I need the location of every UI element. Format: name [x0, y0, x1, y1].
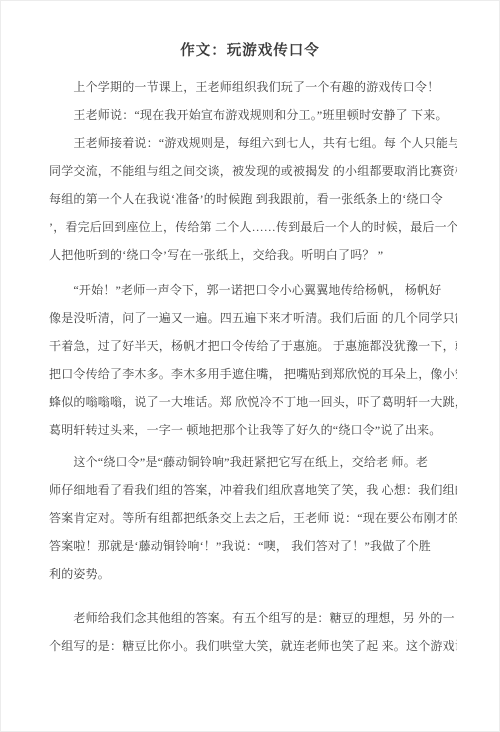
- essay-line: 葛明轩转过头来，一字一 顿地把那个让我等了好久的“绕口令”说了出来。: [49, 416, 457, 444]
- document-page: 作文：玩游戏传口令 上个学期的一节课上，王老师组织我们玩了一个有趣的游戏传口令！…: [0, 0, 500, 732]
- essay-line: 蜂似的嗡嗡嗡，说了一大堆话。郑 欣悦冷不丁地一回头，吓了葛明轩一大跳，: [49, 388, 457, 416]
- essay-paragraph: 王老师说：“现在我开始宣布游戏规则和分工。”班里顿时安静了 下来。: [49, 101, 457, 129]
- essay-paragraph: 老师给我们念其他组的答案。有五个组写的是：糖豆的理想，另 外的一个组写的是：糖豆…: [49, 604, 457, 660]
- essay-paragraph: 王老师接着说：“游戏规则是，每组六到七人，共有七组。每 个人只能与前后同学交流，…: [49, 129, 457, 269]
- essay-line: “开始！”老师一声令下，郭一诺把口令小心翼翼地传给杨帆， 杨帆好: [49, 276, 457, 304]
- essay-title: 作文：玩游戏传口令: [1, 41, 499, 61]
- essay-body: 上个学期的一节课上，王老师组织我们玩了一个有趣的游戏传口令！ 王老师说：“现在我…: [49, 73, 457, 660]
- essay-line: 老师给我们念其他组的答案。有五个组写的是：糖豆的理想，另 外的一: [49, 604, 457, 632]
- essay-line: 像是没听清，问了一遍又一遍。四五遍下来才听清。我们后面 的几个同学只能: [49, 304, 457, 332]
- essay-line: 利的姿势。: [49, 560, 457, 588]
- essay-line: 答案肯定对。等所有组都把纸条交上去之后，王老师 说：“现在要公布刚才的: [49, 504, 457, 532]
- essay-line: 王老师接着说：“游戏规则是，每组六到七人，共有七组。每 个人只能与前后: [49, 129, 457, 157]
- essay-line: 人把他听到的‘绕口令’写在一张纸上，交给我。听明白了吗？ ”: [49, 241, 457, 269]
- essay-line: 干着急，过了好半天，杨帆才把口令传给了于惠施。 于惠施都没犹豫一下，就: [49, 332, 457, 360]
- essay-line: 把口令传给了李木多。李木多用手遮住嘴， 把嘴贴到郑欣悦的耳朵上，像小蜜: [49, 360, 457, 388]
- essay-line: 师仔细地看了看我们组的答案，冲着我们组欣喜地笑了笑，我 心想：我们组的: [49, 476, 457, 504]
- essay-line: 这个“绕口令”是“藤动铜铃响”我赶紧把它写在纸上，交给老 师。老: [49, 448, 457, 476]
- essay-line: ’，看完后回到座位上，传给第 二个人……传到最后一个人的时候，最后一个: [49, 213, 457, 241]
- essay-line: 同学交流，不能组与组之间交谈，被发现的或被揭发 的小组都要取消比赛资格。: [49, 157, 457, 185]
- essay-line: 上个学期的一节课上，王老师组织我们玩了一个有趣的游戏传口令！: [49, 73, 457, 101]
- essay-line: 每组的第一个人在我说‘准备’的时候跑 到我跟前，看一张纸条上的‘绕口令: [49, 185, 457, 213]
- essay-paragraph: 上个学期的一节课上，王老师组织我们玩了一个有趣的游戏传口令！: [49, 73, 457, 101]
- essay-line: 个组写的是：糖豆比你小。我们哄堂大笑，就连老师也笑了起 来。这个游戏让: [49, 632, 457, 660]
- essay-line: 王老师说：“现在我开始宣布游戏规则和分工。”班里顿时安静了 下来。: [49, 101, 457, 129]
- essay-paragraph: “开始！”老师一声令下，郭一诺把口令小心翼翼地传给杨帆， 杨帆好像是没听清，问了…: [49, 276, 457, 444]
- essay-paragraph: 这个“绕口令”是“藤动铜铃响”我赶紧把它写在纸上，交给老 师。老师仔细地看了看我…: [49, 448, 457, 588]
- essay-line: 答案啦！那就是‘藤动铜铃响‘！”我说：“噢， 我们答对了！”我做了个胜: [49, 532, 457, 560]
